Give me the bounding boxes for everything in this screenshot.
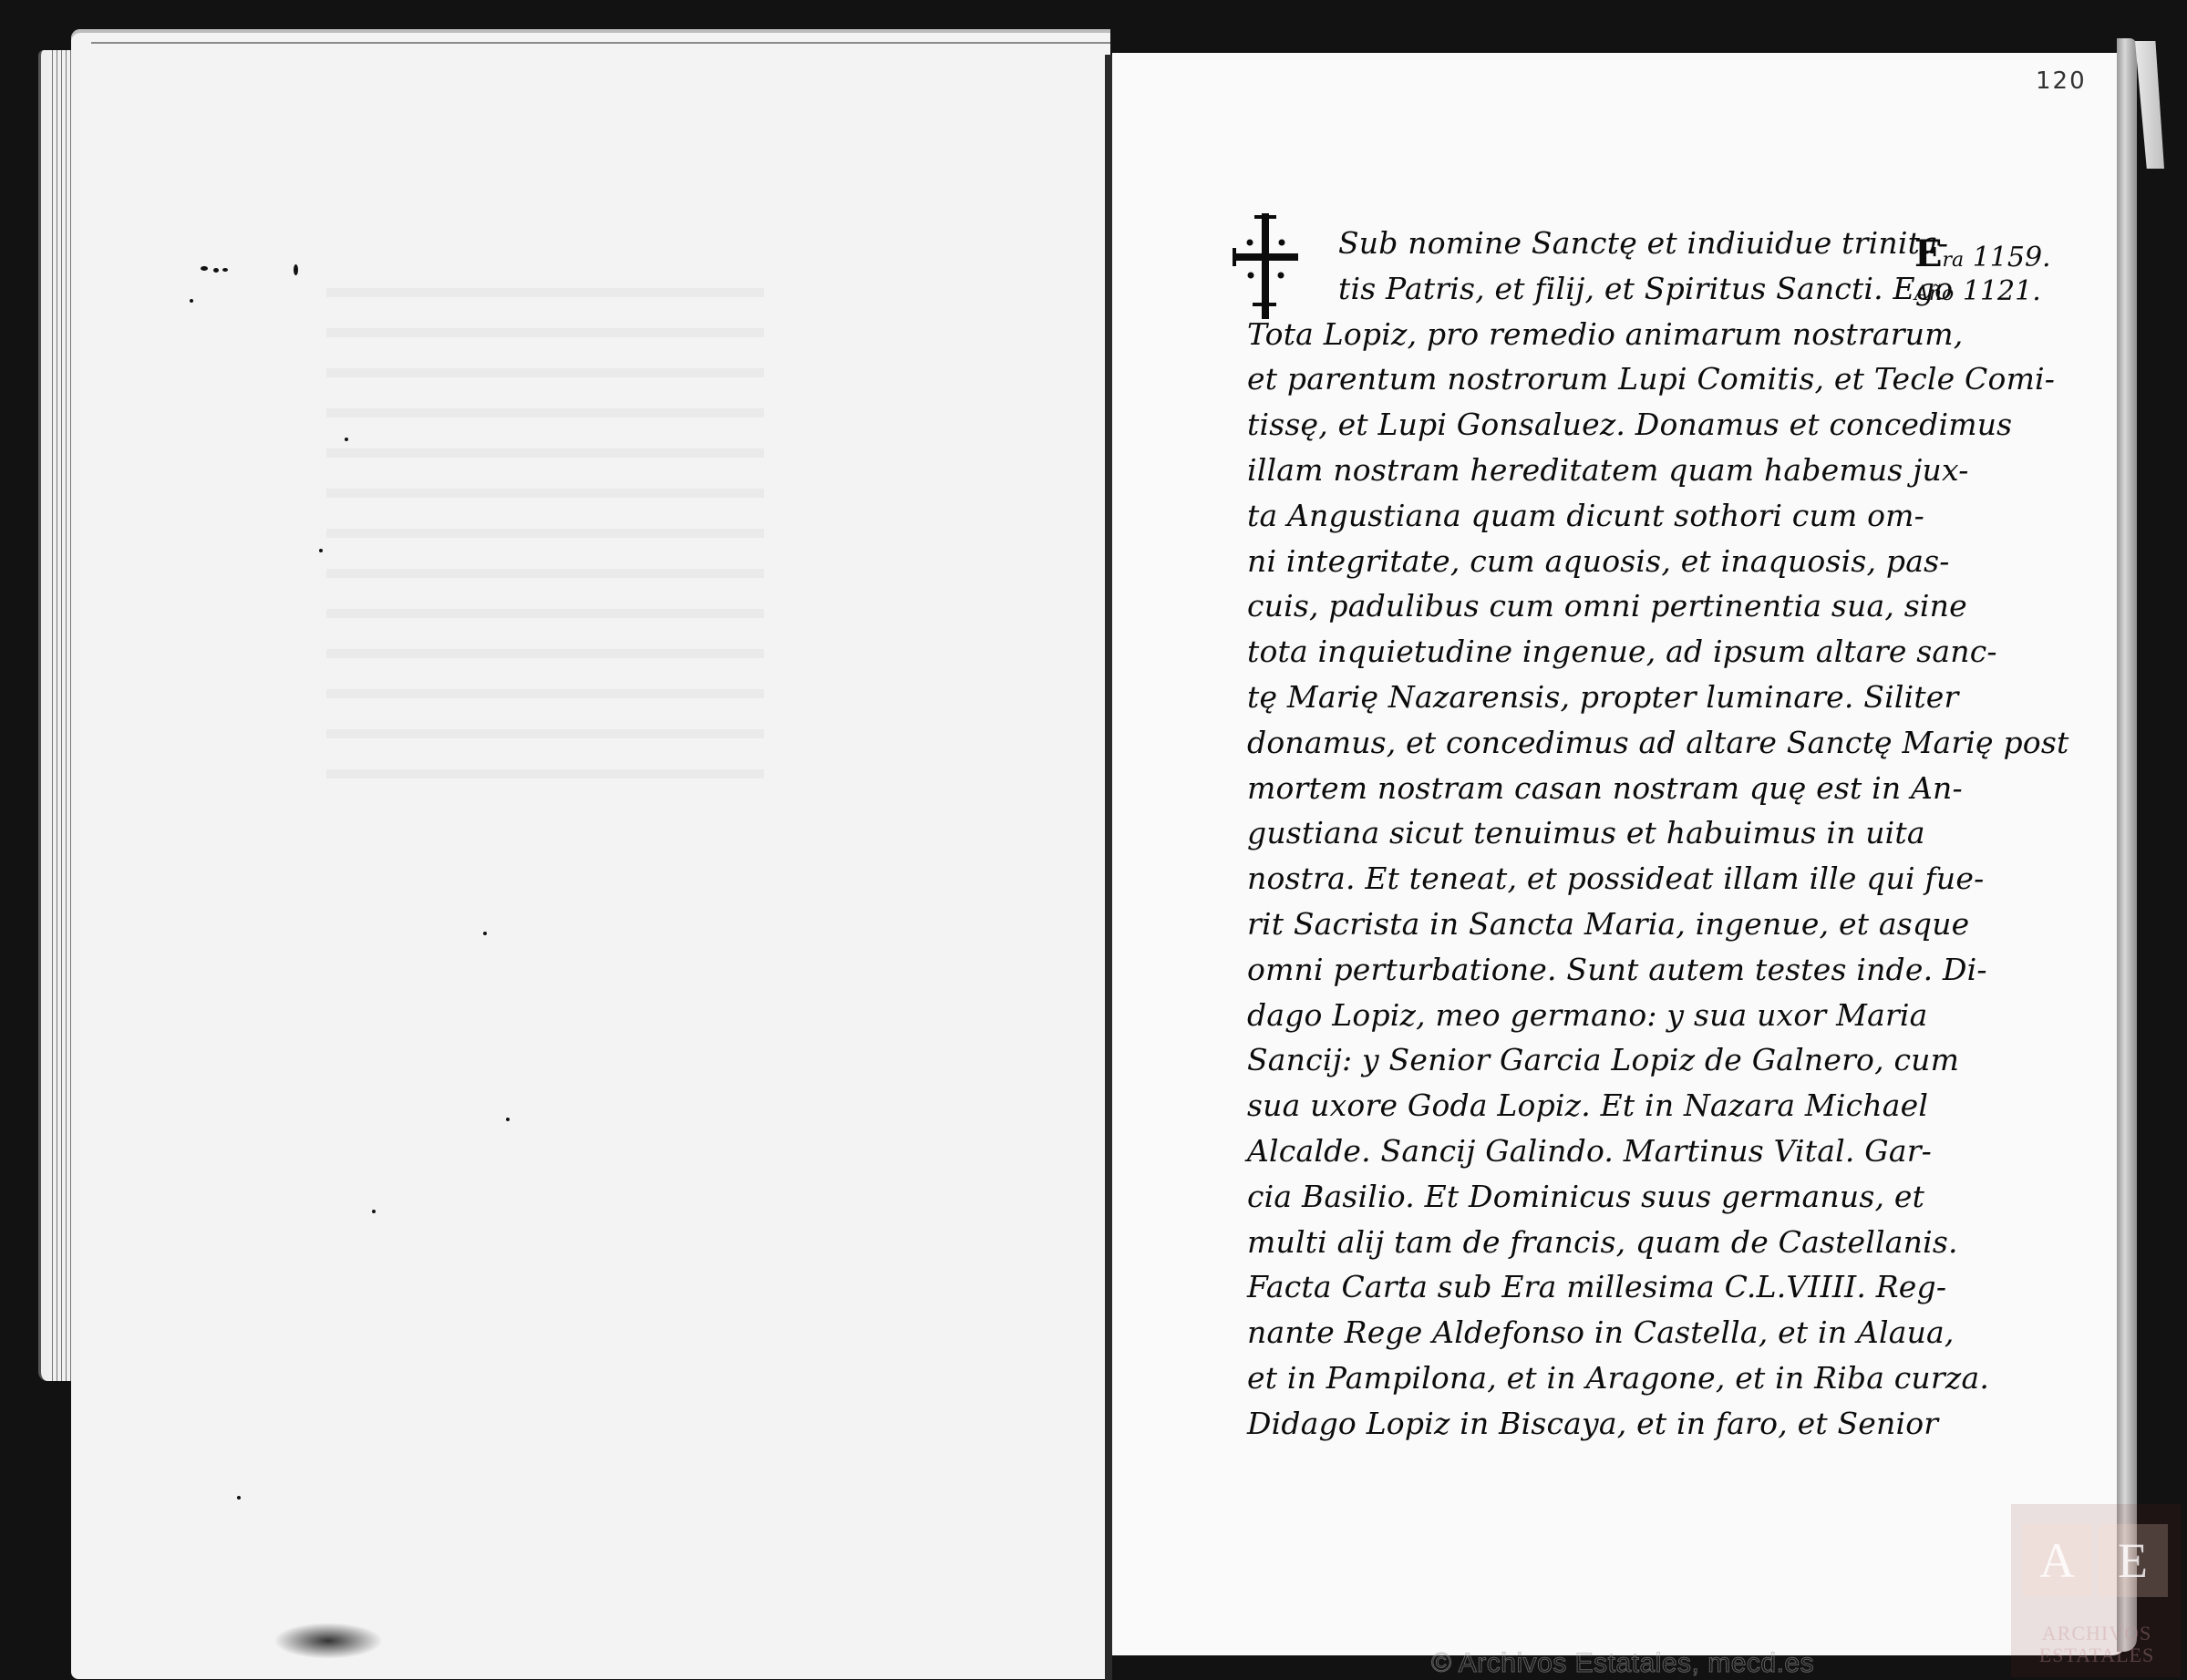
manuscript-line: Tota Lopiz, pro remedio animarum nostrar… xyxy=(1247,312,1922,357)
manuscript-text: Sub nomine Sanctę et indiuidue trinita- … xyxy=(1247,221,1922,1447)
manuscript-line: et in Pampilona, et in Aragone, et in Ri… xyxy=(1247,1355,1922,1401)
left-page-bottom-stain xyxy=(273,1623,383,1659)
ink-speck xyxy=(190,299,193,303)
manuscript-line: Sub nomine Sanctę et indiuidue trinita- xyxy=(1247,221,1922,266)
manuscript-line: nostra. Et teneat, et possideat illam il… xyxy=(1247,856,1922,902)
era-initial: E xyxy=(1914,232,1943,275)
manuscript-line: cuis, padulibus cum omni pertinentia sua… xyxy=(1247,583,1922,629)
margin-date-note: Era 1159. Año 1121. xyxy=(1914,239,2051,310)
manuscript-line: donamus, et concedimus ad altare Sanctę … xyxy=(1247,720,1922,766)
ink-speck xyxy=(372,1210,376,1213)
manuscript-line: Didago Lopiz in Biscaya, et in faro, et … xyxy=(1247,1401,1922,1447)
era-label: ra xyxy=(1943,249,1965,272)
logo-name: ARCHIVOS ESTATALES xyxy=(2018,1623,2175,1666)
manuscript-line: dago Lopiz, meo germano: y sua uxor Mari… xyxy=(1247,993,1922,1038)
manuscript-line: ta Angustiana quam dicunt sothori cum om… xyxy=(1247,493,1922,539)
left-page-bleed-through xyxy=(326,257,764,804)
manuscript-line: Sancij: y Senior Garcia Lopiz de Galnero… xyxy=(1247,1037,1922,1083)
ink-speck xyxy=(319,549,323,552)
year-value: 1121. xyxy=(1963,275,2041,307)
right-page-edge xyxy=(2117,38,2137,1652)
manuscript-line: mortem nostram casan nostram quę est in … xyxy=(1247,766,1922,811)
copyright-watermark: © Archivos Estatales, mecd.es xyxy=(1431,1648,1814,1679)
ink-speck xyxy=(506,1118,510,1121)
manuscript-line: Alcalde. Sancij Galindo. Martinus Vital.… xyxy=(1247,1129,1922,1174)
manuscript-line: tota inquietudine ingenue, ad ipsum alta… xyxy=(1247,629,1922,675)
logo-name-line: ARCHIVOS xyxy=(2018,1623,2175,1644)
manuscript-line: omni perturbatione. Sunt autem testes in… xyxy=(1247,947,1922,993)
left-page-top-edge xyxy=(91,42,1110,44)
manuscript-line: tę Marię Nazarensis, propter luminare. S… xyxy=(1247,675,1922,720)
manuscript-line: gustiana sicut tenuimus et habuimus in u… xyxy=(1247,810,1922,856)
manuscript-line: cia Basilio. Et Dominicus suus germanus,… xyxy=(1247,1174,1922,1220)
archivos-estatales-logo: A E ARCHIVOS ESTATALES xyxy=(2011,1504,2181,1677)
ink-speck xyxy=(201,266,208,271)
folio-number: 120 xyxy=(2036,67,2087,95)
ink-speck xyxy=(345,438,348,441)
manuscript-line: multi alij tam de francis, quam de Caste… xyxy=(1247,1220,1922,1265)
logo-letter: E xyxy=(2098,1524,2168,1597)
manuscript-line: ni integritate, cum aquosis, et inaquosi… xyxy=(1247,539,1922,584)
document-viewer: 120 Sub nomine Sanctę et indiuidue trini… xyxy=(0,0,2187,1680)
manuscript-line: nante Rege Aldefonso in Castella, et in … xyxy=(1247,1310,1922,1355)
year-label: Año xyxy=(1914,283,1954,305)
left-page xyxy=(71,29,1110,1679)
ink-speck xyxy=(222,268,228,272)
ink-speck xyxy=(294,264,298,275)
logo-name-line: ESTATALES xyxy=(2018,1644,2175,1666)
era-value: 1159. xyxy=(1973,242,2051,273)
manuscript-line: sua uxore Goda Lopiz. Et in Nazara Micha… xyxy=(1247,1083,1922,1129)
manuscript-line: illam nostram hereditatem quam habemus j… xyxy=(1247,448,1922,493)
ink-speck xyxy=(483,932,487,935)
manuscript-line: Facta Carta sub Era millesima C.L.VIIII.… xyxy=(1247,1264,1922,1310)
manuscript-line: rit Sacrista in Sancta Maria, ingenue, e… xyxy=(1247,902,1922,947)
ink-speck xyxy=(237,1496,241,1500)
manuscript-line: tissę, et Lupi Gonsaluez. Donamus et con… xyxy=(1247,402,1922,448)
logo-letter: A xyxy=(2022,1524,2092,1597)
manuscript-line: et parentum nostrorum Lupi Comitis, et T… xyxy=(1247,356,1922,402)
ink-speck xyxy=(213,268,219,273)
book-gutter xyxy=(1105,55,1112,1680)
era-line: Era 1159. xyxy=(1914,239,2051,276)
year-line: Año 1121. xyxy=(1914,276,2051,310)
torn-page-flap xyxy=(2135,41,2164,169)
logo-letters: A E xyxy=(2022,1524,2168,1597)
manuscript-line: tis Patris, et filij, et Spiritus Sancti… xyxy=(1247,266,1922,312)
